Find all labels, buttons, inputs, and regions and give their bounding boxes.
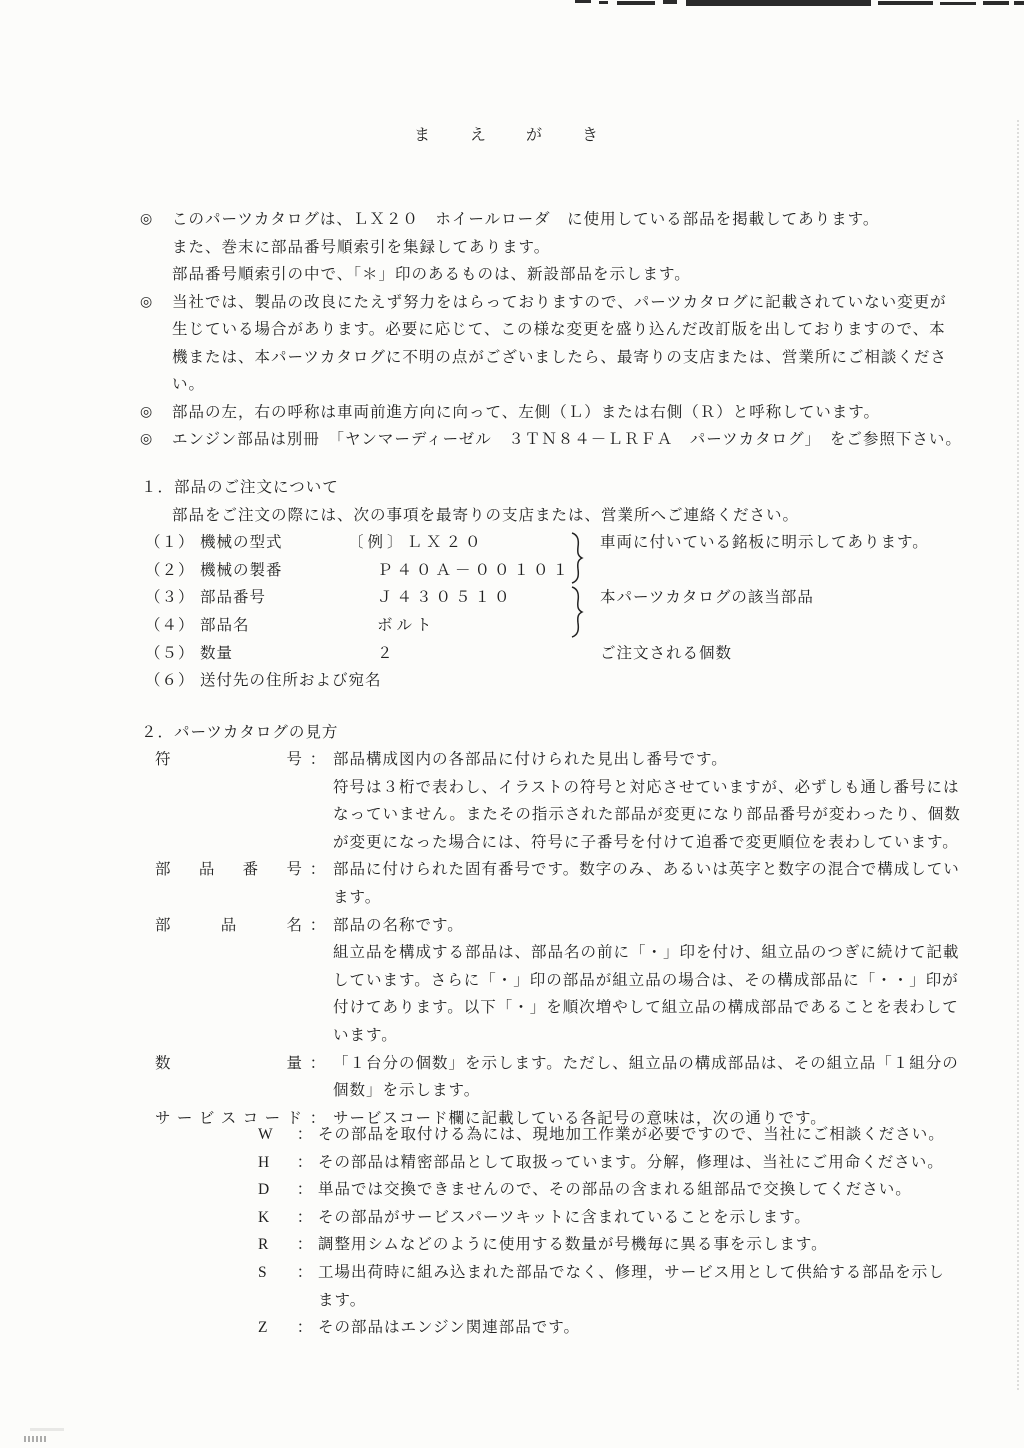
section2-heading: ２．パーツカタログの見方 bbox=[141, 719, 338, 747]
bullet-marker-icon: ◎ bbox=[140, 206, 172, 289]
service-code-description: その部品がサービスパーツキットに含まれていることを示します。 bbox=[318, 1204, 978, 1232]
service-code-row: W ： その部品を取付ける為には、現地加工作業が必要ですので、当社にご相談くださ… bbox=[258, 1121, 978, 1149]
scan-artifact-top-line bbox=[983, 1, 1009, 5]
service-code-description: その部品を取付ける為には、現地加工作業が必要ですので、当社にご相談ください。 bbox=[318, 1121, 978, 1149]
term-description: 「１台分の個数」を示します。ただし、組立品の構成部品は、その組立品「１組分の 個… bbox=[333, 1050, 985, 1105]
colon-separator: ： bbox=[303, 912, 333, 1050]
preface-note: ◎ 当社では、製品の改良にたえず努力をはらっておりますので、パーツカタログに記載… bbox=[140, 289, 970, 399]
brace-icon bbox=[569, 586, 585, 638]
note-line: 機または、本パーツカタログに不明の点がございましたら、最寄りの支店または、営業所… bbox=[172, 344, 970, 372]
row-note bbox=[600, 612, 975, 640]
service-code-line: 調整用シムなどのように使用する数量が号機毎に異る事を示します。 bbox=[318, 1231, 978, 1259]
service-code-description: 調整用シムなどのように使用する数量が号機毎に異る事を示します。 bbox=[318, 1231, 978, 1259]
term-line: が変更になった場合には、符号に子番号を付けて追番で変更順位を表わしています。 bbox=[333, 829, 985, 857]
service-code-line: 単品では交換できませんので、その部品の含まれる組部品で交換してください。 bbox=[318, 1176, 978, 1204]
preface-note: ◎ エンジン部品は別冊 「ヤンマーディーゼル ３ＴＮ８４－ＬＲＦＡ パーツカタロ… bbox=[140, 426, 970, 454]
row-value: Ｐ４０Ａ－００１０１ bbox=[348, 557, 573, 585]
note-line: 当社では、製品の改良にたえず努力をはらっておりますので、パーツカタログに記載され… bbox=[172, 289, 970, 317]
scan-artifact-top-line bbox=[663, 0, 677, 4]
service-code-letter: D bbox=[258, 1176, 292, 1204]
note-line: エンジン部品は別冊 「ヤンマーディーゼル ３ＴＮ８４－ＬＲＦＡ パーツカタログ」… bbox=[172, 426, 970, 454]
row-number: （５） bbox=[145, 640, 200, 668]
scan-artifact-corner-mark bbox=[24, 1436, 46, 1442]
row-note bbox=[600, 667, 975, 695]
service-code-row: D ： 単品では交換できませんので、その部品の含まれる組部品で交換してください。 bbox=[258, 1176, 978, 1204]
colon-separator: ： bbox=[292, 1149, 318, 1177]
scan-artifact-smudge bbox=[30, 1428, 64, 1431]
brace-gap bbox=[573, 667, 600, 695]
service-code-letter: R bbox=[258, 1231, 292, 1259]
row-label: 部品番号 bbox=[200, 584, 348, 612]
colon-separator: ： bbox=[303, 856, 333, 911]
row-number: （４） bbox=[145, 612, 200, 640]
service-code-row: S ： 工場出荷時に組み込まれた部品でなく、修理，サービス用として供給する部品を… bbox=[258, 1259, 978, 1314]
term-line: 付けてあります。以下「・」を順次増やして組立品の構成部品であることを表わして bbox=[333, 994, 985, 1022]
term-label: 部品名 bbox=[155, 912, 303, 1050]
note-line: 部品番号順索引の中で、「＊」印のあるものは、新設部品を示します。 bbox=[172, 261, 970, 289]
row-value: 〔例〕ＬＸ２０ bbox=[348, 529, 573, 557]
service-code-row: K ： その部品がサービスパーツキットに含まれていることを示します。 bbox=[258, 1204, 978, 1232]
term-label: 符号 bbox=[155, 746, 303, 856]
bullet-marker-icon: ◎ bbox=[140, 289, 172, 399]
preface-note: ◎ このパーツカタログは、ＬＸ２０ ホイールローダ に使用している部品を掲載して… bbox=[140, 206, 970, 289]
scan-artifact-top-line bbox=[599, 1, 608, 4]
colon-separator: ： bbox=[292, 1121, 318, 1149]
service-code-line: 工場出荷時に組み込まれた部品でなく、修理，サービス用として供給する部品を示し bbox=[318, 1259, 978, 1287]
scan-artifact-top-line bbox=[1014, 1, 1024, 5]
term-label: 数量 bbox=[155, 1050, 303, 1105]
service-code-row: R ： 調整用シムなどのように使用する数量が号機毎に異る事を示します。 bbox=[258, 1231, 978, 1259]
service-code-letter: Z bbox=[258, 1314, 292, 1342]
service-code-line: その部品はエンジン関連部品です。 bbox=[318, 1314, 978, 1342]
page-title: ま え が き bbox=[0, 122, 1024, 150]
colon-separator: ： bbox=[292, 1204, 318, 1232]
term-line: います。 bbox=[333, 1022, 985, 1050]
row-note: 車両に付いている銘板に明示してあります。 bbox=[600, 529, 975, 557]
service-code-line: ます。 bbox=[318, 1287, 978, 1315]
note-text: 当社では、製品の改良にたえず努力をはらっておりますので、パーツカタログに記載され… bbox=[172, 289, 970, 399]
term-row: 部品番号 ： 部品に付けられた固有番号です。数字のみ、あるいは英字と数字の混合で… bbox=[155, 856, 985, 911]
service-code-line: その部品は精密部品として取扱っています。分解，修理は、当社にご用命ください。 bbox=[318, 1149, 978, 1177]
row-note bbox=[600, 557, 975, 585]
service-code-legend: W ： その部品を取付ける為には、現地加工作業が必要ですので、当社にご相談くださ… bbox=[258, 1121, 978, 1342]
service-code-letter: K bbox=[258, 1204, 292, 1232]
scan-artifact-edge-dots bbox=[1017, 120, 1019, 1390]
note-line: 生じている場合があります。必要に応じて、この様な変更を盛り込んだ改訂版を出してお… bbox=[172, 316, 970, 344]
service-code-line: その部品がサービスパーツキットに含まれていることを示します。 bbox=[318, 1204, 978, 1232]
term-line: ます。 bbox=[333, 884, 985, 912]
service-code-description: 単品では交換できませんので、その部品の含まれる組部品で交換してください。 bbox=[318, 1176, 978, 1204]
service-code-description: その部品は精密部品として取扱っています。分解，修理は、当社にご用命ください。 bbox=[318, 1149, 978, 1177]
term-line: 組立品を構成する部品は、部品名の前に「・」印を付け、組立品のつぎに続けて記載 bbox=[333, 939, 985, 967]
note-text: このパーツカタログは、ＬＸ２０ ホイールローダ に使用している部品を掲載してあり… bbox=[172, 206, 970, 289]
row-number: （３） bbox=[145, 584, 200, 612]
colon-separator: ： bbox=[292, 1231, 318, 1259]
brace-gap bbox=[573, 640, 600, 668]
scan-artifact-top-line bbox=[878, 1, 933, 5]
service-code-description: その部品はエンジン関連部品です。 bbox=[318, 1314, 978, 1342]
term-line: しています。さらに「・」印の部品が組立品の場合は、その構成部品に「・・」印が bbox=[333, 967, 985, 995]
preface-note: ◎ 部品の左，右の呼称は車両前進方向に向って、左側（Ｌ）または右側（Ｒ）と呼称し… bbox=[140, 399, 970, 427]
colon-separator: ： bbox=[303, 746, 333, 856]
catalog-legend-list: 符号 ： 部品構成図内の各部品に付けられた見出し番号です。 符号は３桁で表わし、… bbox=[155, 746, 985, 1132]
term-row: 部品名 ： 部品の名称です。 組立品を構成する部品は、部品名の前に「・」印を付け… bbox=[155, 912, 985, 1050]
service-code-row: Z ： その部品はエンジン関連部品です。 bbox=[258, 1314, 978, 1342]
term-line: 個数」を示します。 bbox=[333, 1077, 985, 1105]
bullet-marker-icon: ◎ bbox=[140, 426, 172, 454]
service-code-letter: H bbox=[258, 1149, 292, 1177]
row-label: 送付先の住所および宛名 bbox=[200, 667, 348, 695]
scanned-document-page: ま え が き ◎ このパーツカタログは、ＬＸ２０ ホイールローダ に使用してい… bbox=[0, 0, 1024, 1448]
row-value: ２ bbox=[348, 640, 573, 668]
note-text: エンジン部品は別冊 「ヤンマーディーゼル ３ＴＮ８４－ＬＲＦＡ パーツカタログ」… bbox=[172, 426, 970, 454]
term-label: 部品番号 bbox=[155, 856, 303, 911]
term-row: 数量 ： 「１台分の個数」を示します。ただし、組立品の構成部品は、その組立品「１… bbox=[155, 1050, 985, 1105]
service-code-letter: S bbox=[258, 1259, 292, 1314]
colon-separator: ： bbox=[292, 1314, 318, 1342]
row-value: ボルト bbox=[348, 612, 573, 640]
term-line: 「１台分の個数」を示します。ただし、組立品の構成部品は、その組立品「１組分の bbox=[333, 1050, 985, 1078]
term-line: なっていません。またその指示された部品が変更になり部品番号が変わったり、個数 bbox=[333, 801, 985, 829]
section1-heading: １．部品のご注文について bbox=[141, 474, 339, 502]
term-line: 部品の名称です。 bbox=[333, 912, 985, 940]
term-description: 部品に付けられた固有番号です。数字のみ、あるいは英字と数字の混合で構成してい ま… bbox=[333, 856, 985, 911]
term-description: 部品の名称です。 組立品を構成する部品は、部品名の前に「・」印を付け、組立品のつ… bbox=[333, 912, 985, 1050]
colon-separator: ： bbox=[292, 1176, 318, 1204]
colon-separator: ： bbox=[303, 1050, 333, 1105]
row-value bbox=[348, 667, 573, 695]
row-value: Ｊ４３０５１０ bbox=[348, 584, 573, 612]
order-items-table: （１） 機械の型式 〔例〕ＬＸ２０ 車両に付いている銘板に明示してあります。 （… bbox=[145, 529, 975, 695]
note-line: また、巻末に部品番号順索引を集録してあります。 bbox=[172, 234, 970, 262]
scan-artifact-top-line bbox=[575, 0, 591, 3]
note-line: 部品の左，右の呼称は車両前進方向に向って、左側（Ｌ）または右側（Ｒ）と呼称してい… bbox=[172, 399, 970, 427]
row-label: 部品名 bbox=[200, 612, 348, 640]
row-note: ご注文される個数 bbox=[600, 640, 975, 668]
section1-intro: 部品をご注文の際には、次の事項を最寄りの支店または、営業所へご連絡ください。 bbox=[172, 502, 799, 530]
note-text: 部品の左，右の呼称は車両前進方向に向って、左側（Ｌ）または右側（Ｒ）と呼称してい… bbox=[172, 399, 970, 427]
row-label: 機械の型式 bbox=[200, 529, 348, 557]
brace-icon bbox=[569, 532, 585, 584]
term-line: 部品構成図内の各部品に付けられた見出し番号です。 bbox=[333, 746, 985, 774]
service-code-row: H ： その部品は精密部品として取扱っています。分解，修理は、当社にご用命くださ… bbox=[258, 1149, 978, 1177]
bullet-marker-icon: ◎ bbox=[140, 399, 172, 427]
scan-artifact-top-line bbox=[686, 0, 871, 6]
service-code-letter: W bbox=[258, 1121, 292, 1149]
service-code-line: その部品を取付ける為には、現地加工作業が必要ですので、当社にご相談ください。 bbox=[318, 1121, 978, 1149]
term-line: 符号は３桁で表わし、イラストの符号と対応させていますが、必ずしも通し番号には bbox=[333, 774, 985, 802]
scan-artifact-top-line bbox=[617, 1, 655, 5]
preface-notes: ◎ このパーツカタログは、ＬＸ２０ ホイールローダ に使用している部品を掲載して… bbox=[140, 206, 970, 454]
service-code-description: 工場出荷時に組み込まれた部品でなく、修理，サービス用として供給する部品を示し ま… bbox=[318, 1259, 978, 1314]
term-row: 符号 ： 部品構成図内の各部品に付けられた見出し番号です。 符号は３桁で表わし、… bbox=[155, 746, 985, 856]
row-label: 数量 bbox=[200, 640, 348, 668]
row-number: （２） bbox=[145, 557, 200, 585]
term-description: 部品構成図内の各部品に付けられた見出し番号です。 符号は３桁で表わし、イラストの… bbox=[333, 746, 985, 856]
colon-separator: ： bbox=[292, 1259, 318, 1314]
row-number: （１） bbox=[145, 529, 200, 557]
scan-artifact-top-line bbox=[940, 2, 976, 5]
term-line: 部品に付けられた固有番号です。数字のみ、あるいは英字と数字の混合で構成してい bbox=[333, 856, 985, 884]
row-note: 本パーツカタログの該当部品 bbox=[600, 584, 975, 612]
row-number: （６） bbox=[145, 667, 200, 695]
row-label: 機械の製番 bbox=[200, 557, 348, 585]
note-line: このパーツカタログは、ＬＸ２０ ホイールローダ に使用している部品を掲載してあり… bbox=[172, 206, 970, 234]
note-line: い。 bbox=[172, 371, 970, 399]
